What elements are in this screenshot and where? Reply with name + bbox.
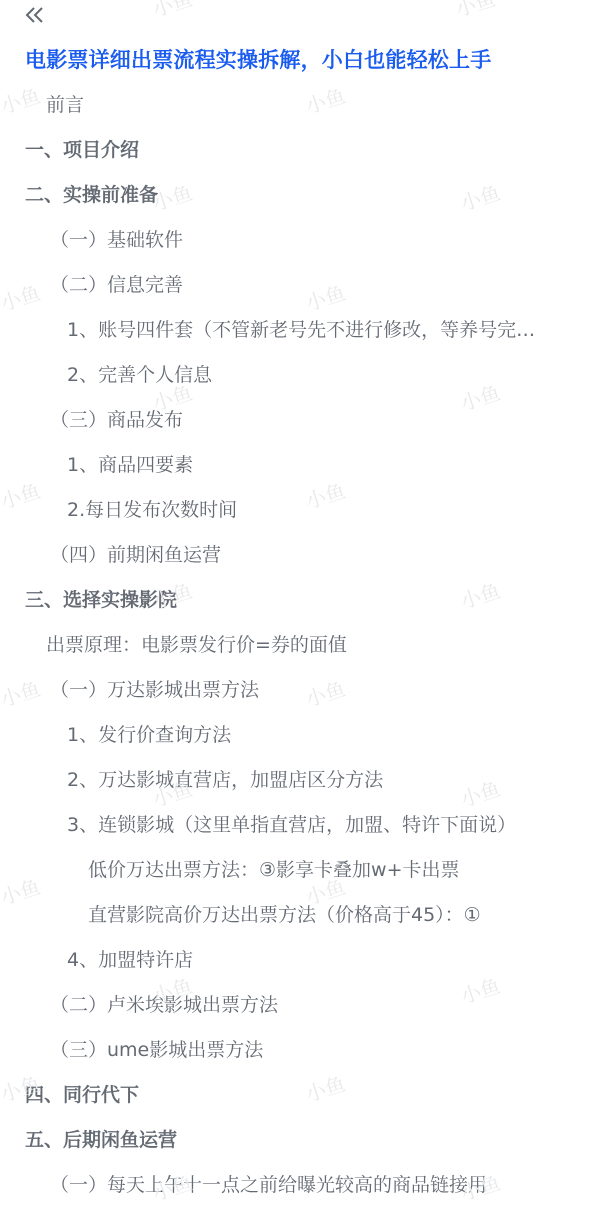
toc-item[interactable]: 五、后期闲鱼运营: [0, 1118, 600, 1163]
toc-item[interactable]: 2、万达影城直营店，加盟店区分方法: [0, 758, 600, 803]
collapse-toc-button[interactable]: [22, 4, 48, 26]
toc-item[interactable]: 2.每日发布次数时间: [0, 488, 600, 533]
toc-item[interactable]: （四）前期闲鱼运营: [0, 533, 600, 578]
toc-item[interactable]: 前言: [0, 83, 600, 128]
toc-item[interactable]: 1、账号四件套（不管新老号先不进行修改，等养号完成后再修改）: [0, 308, 600, 353]
toc-item[interactable]: （一）每天上午十一点之前给曝光较高的商品链接用: [0, 1163, 600, 1208]
toc-item[interactable]: 1、发行价查询方法: [0, 713, 600, 758]
toc-item[interactable]: 直营影院高价万达出票方法（价格高于45）：①: [0, 893, 600, 938]
watermark: 小鱼: [451, 0, 498, 22]
toc-item[interactable]: 4、加盟特许店: [0, 938, 600, 983]
table-of-contents: 前言 一、项目介绍 二、实操前准备 （一）基础软件 （二）信息完善 1、账号四件…: [0, 83, 600, 1208]
toc-item[interactable]: 一、项目介绍: [0, 128, 600, 173]
toc-item[interactable]: （三）ume影城出票方法: [0, 1028, 600, 1073]
toc-item[interactable]: 低价万达出票方法：③影享卡叠加w+卡出票: [0, 848, 600, 893]
toc-item[interactable]: （二）信息完善: [0, 263, 600, 308]
toc-item[interactable]: 3、连锁影城（这里单指直营店，加盟、特许下面说）: [0, 803, 600, 848]
toc-item[interactable]: 四、同行代下: [0, 1073, 600, 1118]
watermark: 小鱼: [148, 0, 195, 22]
toc-item[interactable]: （二）卢米埃影城出票方法: [0, 983, 600, 1028]
toc-item[interactable]: （三）商品发布: [0, 398, 600, 443]
document-title[interactable]: 电影票详细出票流程实操拆解，小白也能轻松上手: [25, 44, 491, 74]
toc-item[interactable]: 2、完善个人信息: [0, 353, 600, 398]
toc-item[interactable]: （一）万达影城出票方法: [0, 668, 600, 713]
double-chevron-left-icon: [22, 4, 48, 26]
toc-item[interactable]: （一）基础软件: [0, 218, 600, 263]
toc-item[interactable]: 1、商品四要素: [0, 443, 600, 488]
toc-item[interactable]: 二、实操前准备: [0, 173, 600, 218]
toc-item[interactable]: 出票原理：电影票发行价=券的面值: [0, 623, 600, 668]
toc-item[interactable]: 三、选择实操影院: [0, 578, 600, 623]
